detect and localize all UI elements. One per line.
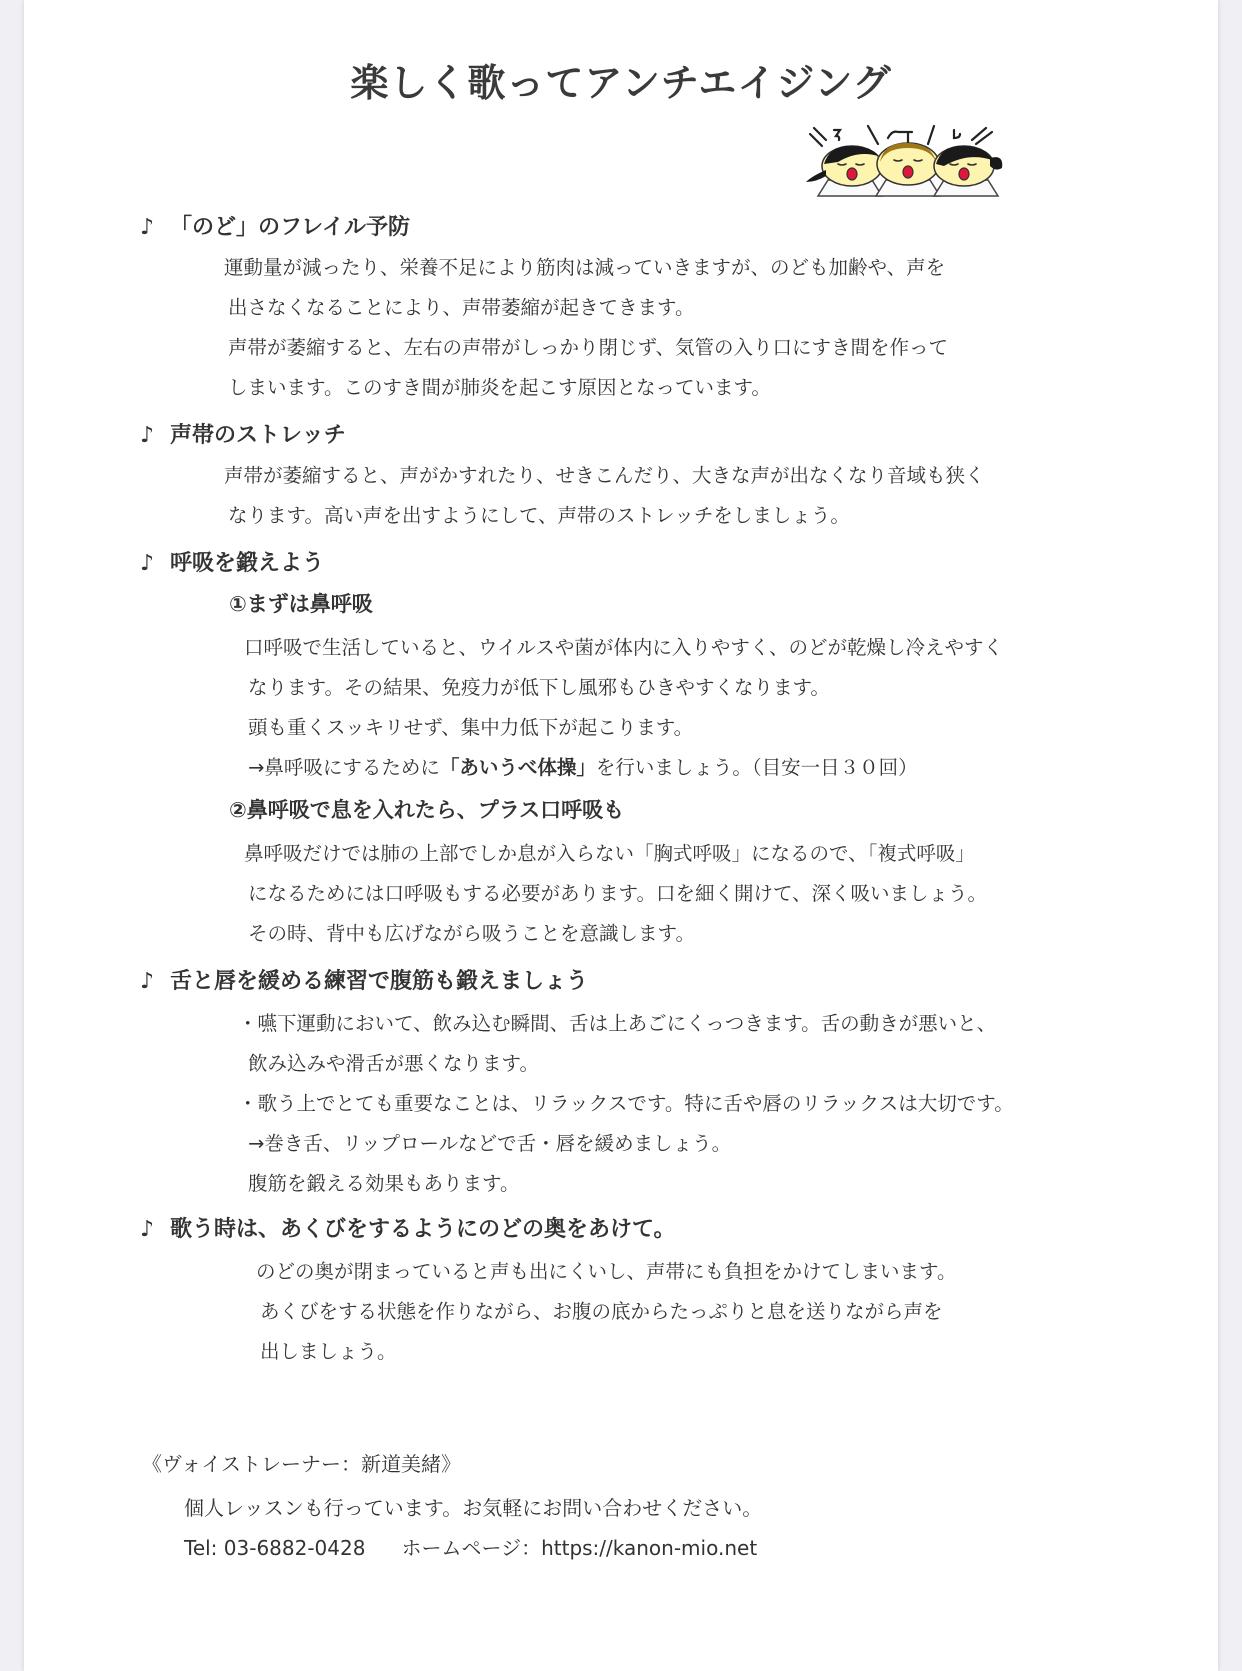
lesson-info: 個人レッスンも行っています。お気軽にお問い合わせください。: [184, 1492, 762, 1521]
page-title: 楽しく歌ってアンチエイジング: [24, 52, 1218, 107]
section-heading-yawn: ♪歌う時は、あくびをするようにのどの奥をあけて。: [140, 1212, 676, 1243]
aiube-exercise-highlight: 「あいうべ体操」: [440, 756, 596, 779]
music-note-icon: ♪: [140, 969, 170, 994]
homepage-label: ホームページ：: [401, 1536, 541, 1560]
subsection-heading-mouth-breathing: ②鼻呼吸で息を入れたら、プラス口呼吸も: [229, 794, 624, 824]
paragraph-line: ・嚥下運動において、飲み込む瞬間、舌は上あごにくっつきます。舌の動きが悪いと、: [238, 1008, 996, 1036]
paragraph-line: になるためには口呼吸もする必要があります。口を細く開けて、深く吸いましょう。: [248, 878, 987, 906]
document-page: 楽しく歌ってアンチエイジング: [24, 0, 1218, 1671]
paragraph-line: 口呼吸で生活していると、ウイルスや菌が体内に入りやすく、のどが乾燥し冷えやすく: [244, 632, 1003, 660]
paragraph-line: 腹筋を鍛える効果もあります。: [248, 1168, 519, 1196]
music-note-icon: ♪: [140, 1217, 170, 1242]
section-heading-breathing: ♪呼吸を鍛えよう: [140, 546, 324, 577]
music-note-icon: ♪: [140, 215, 170, 240]
paragraph-line: なります。その結果、免疫力が低下し風邪もひきやすくなります。: [248, 672, 830, 700]
paragraph-line: 運動量が減ったり、栄養不足により筋肉は減っていきますが、のども加齢や、声を: [224, 252, 945, 280]
singers-illustration-icon: [804, 122, 1004, 198]
section-heading-vocal-stretch: ♪声帯のストレッチ: [140, 418, 346, 449]
paragraph-line: あくびをする状態を作りながら、お腹の底からたっぷりと息を送りながら声を: [260, 1296, 943, 1324]
paragraph-line: 鼻呼吸だけでは肺の上部でしか息が入らない「胸式呼吸」になるので、「複式呼吸」: [244, 838, 975, 866]
contact-line: Tel: 03-6882-0428ホームページ：https://kanon-mi…: [184, 1532, 757, 1561]
subsection-heading-nasal-breathing: ①まずは鼻呼吸: [229, 588, 373, 618]
paragraph-line: のどの奥が閉まっていると声も出にくいし、声帯にも負担をかけてしまいます。: [256, 1256, 956, 1284]
paragraph-line: 声帯が萎縮すると、声がかすれたり、せきこんだり、大きな声が出なくなり音域も狭く: [224, 460, 985, 488]
paragraph-line: その時、背中も広げながら吸うことを意識します。: [248, 918, 695, 946]
paragraph-line: 頭も重くスッキリせず、集中力低下が起こります。: [248, 712, 693, 740]
paragraph-line: 出しましょう。: [260, 1336, 397, 1364]
music-note-icon: ♪: [140, 423, 170, 448]
paragraph-line: なります。高い声を出すようにして、声帯のストレッチをしましょう。: [228, 500, 850, 528]
paragraph-line: →巻き舌、リップロールなどで舌・唇を緩めましょう。: [248, 1128, 731, 1156]
paragraph-line: 出さなくなることにより、声帯萎縮が起きてきます。: [228, 292, 694, 320]
paragraph-line: しまいます。このすき間が肺炎を起こす原因となっています。: [228, 372, 771, 400]
homepage-link[interactable]: https://kanon-mio.net: [541, 1536, 757, 1560]
paragraph-line: ・歌う上でとても重要なことは、リラックスです。特に舌や唇のリラックスは大切です。: [238, 1088, 1014, 1116]
section-heading-tongue-lips: ♪舌と唇を緩める練習で腹筋も鍛えましょう: [140, 964, 588, 995]
trainer-name: 《ヴォイストレーナー：新道美緒》: [142, 1448, 461, 1477]
music-note-icon: ♪: [140, 551, 170, 576]
paragraph-line: 飲み込みや滑舌が悪くなります。: [248, 1048, 539, 1076]
paragraph-line-aiube: →鼻呼吸にするために「あいうべ体操」を行いましょう。（目安一日３０回）: [248, 752, 918, 780]
phone-number: Tel: 03-6882-0428: [184, 1536, 365, 1560]
paragraph-line: 声帯が萎縮すると、左右の声帯がしっかり閉じず、気管の入り口にすき間を作って: [228, 332, 948, 360]
section-heading-nodo-frailty: ♪「のど」のフレイル予防: [140, 210, 410, 241]
